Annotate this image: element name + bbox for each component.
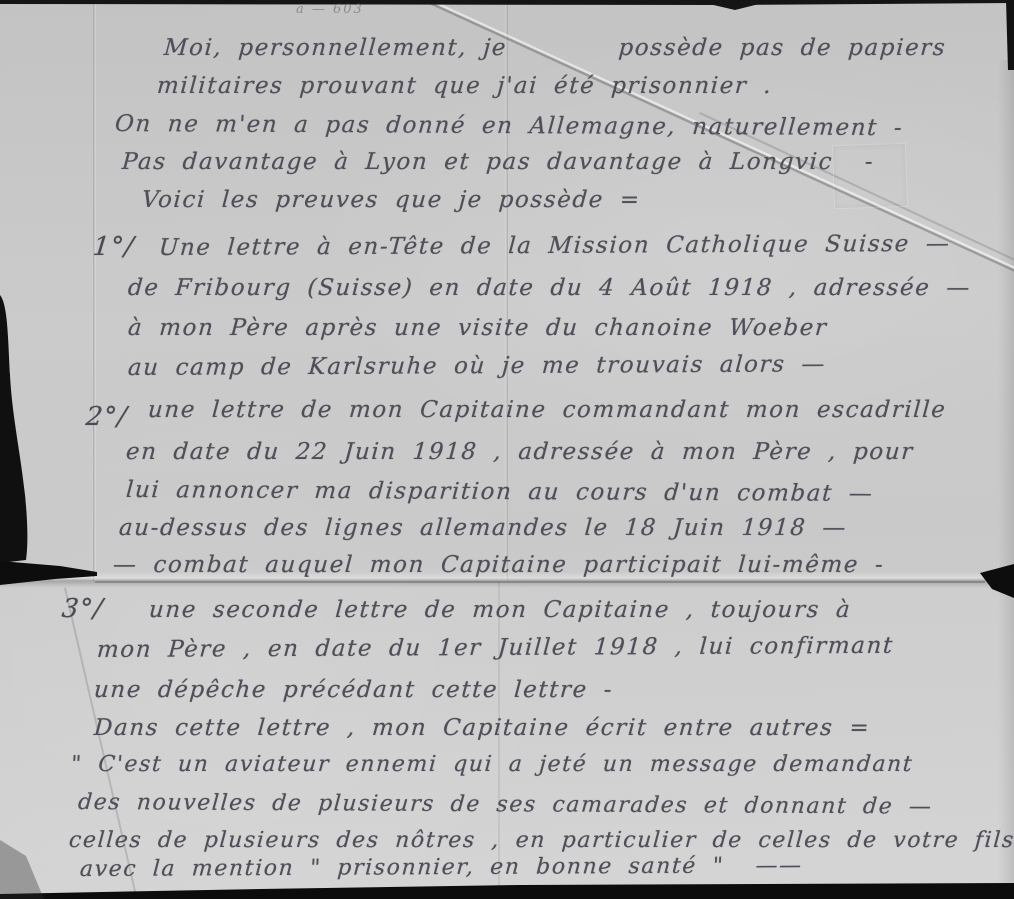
handwritten-line: mon Père , en date du 1er Juillet 1918 ,… <box>96 632 895 664</box>
handwritten-line: avec la mention " prisonnier, en bonne s… <box>79 852 804 884</box>
handwritten-line: militaires prouvant que j'ai été prisonn… <box>156 72 773 100</box>
handwritten-line: " C'est un aviateur ennemi qui a jeté un… <box>70 751 914 779</box>
handwritten-line: en date du 22 Juin 1918 , adressée à mon… <box>125 438 915 466</box>
handwritten-line: lui annoncer ma disparition au cours d'u… <box>125 476 875 508</box>
handwritten-line: celles de plusieurs des nôtres , en part… <box>68 827 1014 855</box>
handwritten-line: au camp de Karlsruhe où je me trouvais a… <box>127 350 827 382</box>
handwritten-line: une dépêche précédant cette lettre - <box>93 676 614 704</box>
handwritten-line: une lettre de mon Capitaine commandant m… <box>147 396 947 424</box>
handwritten-line: des nouvelles de plusieurs de ses camara… <box>77 789 934 821</box>
handwritten-line: à mon Père après une visite du chanoine … <box>127 314 829 342</box>
handwritten-line: Voici les preuves que je possède = <box>141 186 642 214</box>
handwritten-line: de Fribourg (Suisse) en date du 4 Août 1… <box>127 274 972 302</box>
list-marker-3: 3°/ <box>60 594 104 624</box>
list-marker-2: 2°/ <box>84 402 128 432</box>
handwritten-line: — combat auquel mon Capitaine participai… <box>112 551 885 579</box>
handwritten-line: une seconde lettre de mon Capitaine , to… <box>148 596 852 624</box>
handwritten-line: au-dessus des lignes allemandes le 18 Ju… <box>118 514 848 542</box>
list-marker-1: 1°/ <box>91 232 135 262</box>
handwritten-line: Moi, personnellement, je possède pas de … <box>163 34 947 62</box>
handwritten-line: Dans cette lettre , mon Capitaine écrit … <box>93 714 871 742</box>
handwritten-line: Pas davantage à Lyon et pas davantage à … <box>121 148 875 176</box>
pencil-note: a — 603 <box>296 2 364 17</box>
paper-right-edge-shade <box>998 60 1014 890</box>
scanned-letter-page: a — 603 1°/ 2°/ 3°/ Moi, personnellement… <box>0 0 1014 899</box>
vertical-crease-left <box>93 0 96 582</box>
handwritten-line: On ne m'en a pas donné en Allemagne, nat… <box>114 110 904 142</box>
handwritten-line: Une lettre à en-Tête de la Mission Catho… <box>158 230 951 262</box>
horizontal-seam-shadow-line <box>95 581 985 583</box>
